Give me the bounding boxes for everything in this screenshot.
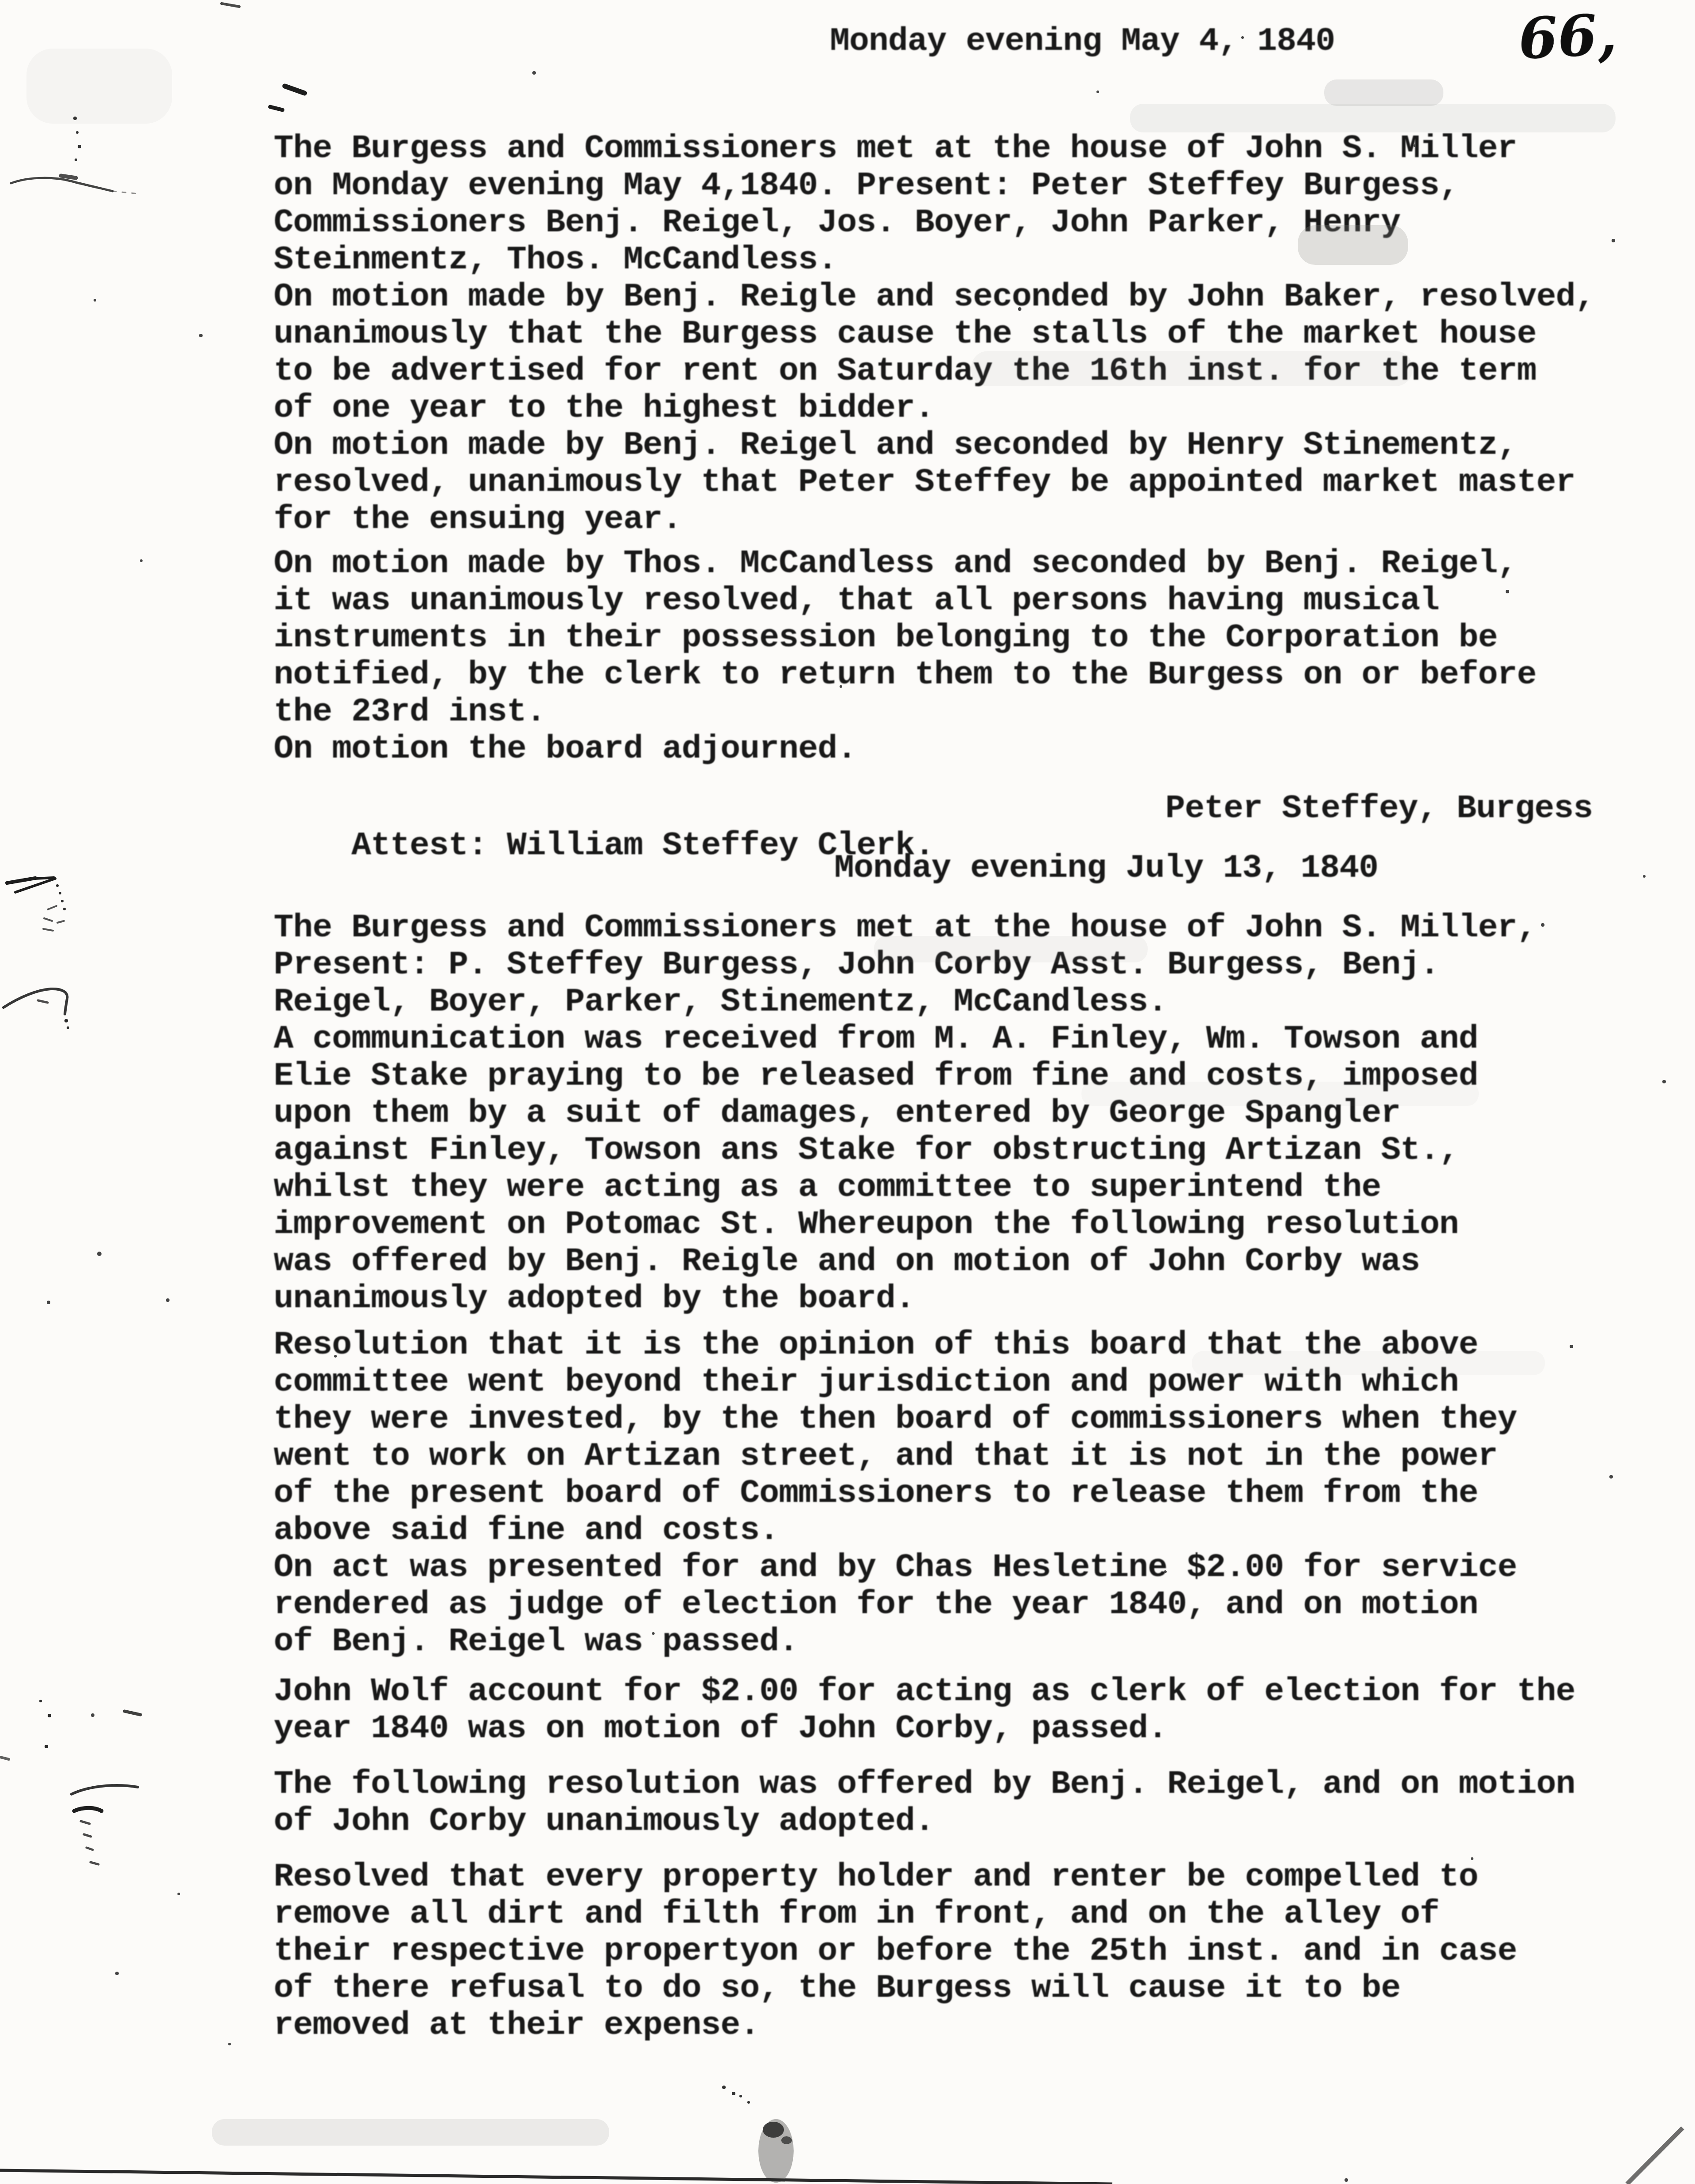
text-line: notified, by the clerk to return them to… xyxy=(274,656,1536,694)
text-line: instruments in their possession belongin… xyxy=(274,619,1536,656)
text-line: On motion the board adjourned. xyxy=(274,731,1536,768)
text-line: of the present board of Commissioners to… xyxy=(274,1475,1517,1512)
text-line: unanimously that the Burgess cause the s… xyxy=(274,316,1595,353)
wolf-account-paragraph: John Wolf account for $2.00 for acting a… xyxy=(274,1673,1575,1747)
text-line: rendered as judge of election for the ye… xyxy=(274,1586,1517,1623)
text-line: of one year to the highest bidder. xyxy=(274,390,1595,427)
text-line: it was unanimously resolved, that all pe… xyxy=(274,582,1536,619)
paper-crack-lower xyxy=(0,1711,140,1864)
text-line: Elie Stake praying to be released from f… xyxy=(274,1058,1536,1095)
text-line: unanimously adopted by the board. xyxy=(274,1280,1536,1317)
text-line: Steinmentz, Thos. McCandless. xyxy=(274,241,1595,279)
date-heading-july13: Monday evening July 13, 1840 xyxy=(834,850,1378,887)
text-line: remove all dirt and filth from in front,… xyxy=(274,1896,1517,1933)
text-line: committee went beyond their jurisdiction… xyxy=(274,1364,1517,1401)
text-line: Resolution that it is the opinion of thi… xyxy=(274,1327,1517,1364)
text-line: On motion made by Benj. Reigel and secon… xyxy=(274,427,1595,464)
paper-crack-middle-dots xyxy=(64,1019,69,1029)
text-line: their respective propertyon or before th… xyxy=(274,1933,1517,1970)
text-line: of Benj. Reigel was passed. xyxy=(274,1623,1517,1660)
text-line: Present: P. Steffey Burgess, John Corby … xyxy=(274,947,1536,984)
following-resolution-paragraph: The following resolution was offered by … xyxy=(274,1766,1575,1840)
text-line: of John Corby unanimously adopted. xyxy=(274,1803,1575,1840)
text-line: for the ensuing year. xyxy=(274,501,1595,538)
paper-crack-lower-dots xyxy=(39,1700,51,1748)
ink-dashes-top xyxy=(222,4,305,110)
paper-crack-top-left-dots xyxy=(73,117,81,161)
text-line: improvement on Potomac St. Whereupon the… xyxy=(274,1206,1536,1243)
text-line: upon them by a suit of damages, entered … xyxy=(274,1095,1536,1132)
resolved-paragraph: Resolved that every property holder and … xyxy=(274,1859,1517,2044)
scan-edge-lines xyxy=(0,2128,1683,2184)
paper-crack-top-left xyxy=(11,176,139,194)
paper-crease-arrow xyxy=(7,878,64,931)
paper-crease-arrow-dots xyxy=(56,884,66,910)
page-number: 66, xyxy=(1517,1,1618,72)
text-line: the 23rd inst. xyxy=(274,694,1536,731)
date-heading-may4: Monday evening May 4, 1840 xyxy=(830,23,1335,60)
text-line: The Burgess and Commissioners met at the… xyxy=(274,130,1595,167)
scanned-minutes-page: Monday evening May 4, 1840 66, The Burge… xyxy=(0,0,1695,2184)
text-line: A communication was received from M. A. … xyxy=(274,1021,1536,1058)
text-line: On act was presented for and by Chas Hes… xyxy=(274,1549,1517,1586)
text-line: to be advertised for rent on Saturday th… xyxy=(274,353,1595,390)
text-line: year 1840 was on motion of John Corby, p… xyxy=(274,1710,1575,1747)
text-line: Commissioners Benj. Reigel, Jos. Boyer, … xyxy=(274,204,1595,241)
text-line: On motion made by Benj. Reigle and secon… xyxy=(274,279,1595,316)
text-line: they were invested, by the then board of… xyxy=(274,1401,1517,1438)
text-line: The Burgess and Commissioners met at the… xyxy=(274,909,1536,947)
burgess-signature: Peter Steffey, Burgess xyxy=(1165,790,1593,827)
text-line: was offered by Benj. Reigle and on motio… xyxy=(274,1243,1536,1280)
text-line: Resolved that every property holder and … xyxy=(274,1859,1517,1896)
text-line: went to work on Artizan street, and that… xyxy=(274,1438,1517,1475)
text-line: The following resolution was offered by … xyxy=(274,1766,1575,1803)
july13-paragraph-1: The Burgess and Commissioners met at the… xyxy=(274,909,1536,1317)
text-line: Reigel, Boyer, Parker, Stinementz, McCan… xyxy=(274,984,1536,1021)
text-line: above said fine and costs. xyxy=(274,1512,1517,1549)
text-line: whilst they were acting as a committee t… xyxy=(274,1169,1536,1206)
text-line: removed at their expense. xyxy=(274,2007,1517,2044)
text-line: of there refusal to do so, the Burgess w… xyxy=(274,1970,1517,2007)
text-line: resolved, unanimously that Peter Steffey… xyxy=(274,464,1595,501)
may4-paragraph-1: The Burgess and Commissioners met at the… xyxy=(274,130,1595,538)
text-line: on Monday evening May 4,1840. Present: P… xyxy=(274,167,1595,204)
may4-paragraph-2: On motion made by Thos. McCandless and s… xyxy=(274,545,1536,768)
text-line: against Finley, Towson ans Stake for obs… xyxy=(274,1132,1536,1169)
ink-blob-bottom xyxy=(722,2086,794,2183)
paper-crack-middle xyxy=(4,989,67,1014)
text-line: On motion made by Thos. McCandless and s… xyxy=(274,545,1536,582)
july13-resolution-paragraph: Resolution that it is the opinion of thi… xyxy=(274,1327,1517,1660)
text-line: John Wolf account for $2.00 for acting a… xyxy=(274,1673,1575,1710)
